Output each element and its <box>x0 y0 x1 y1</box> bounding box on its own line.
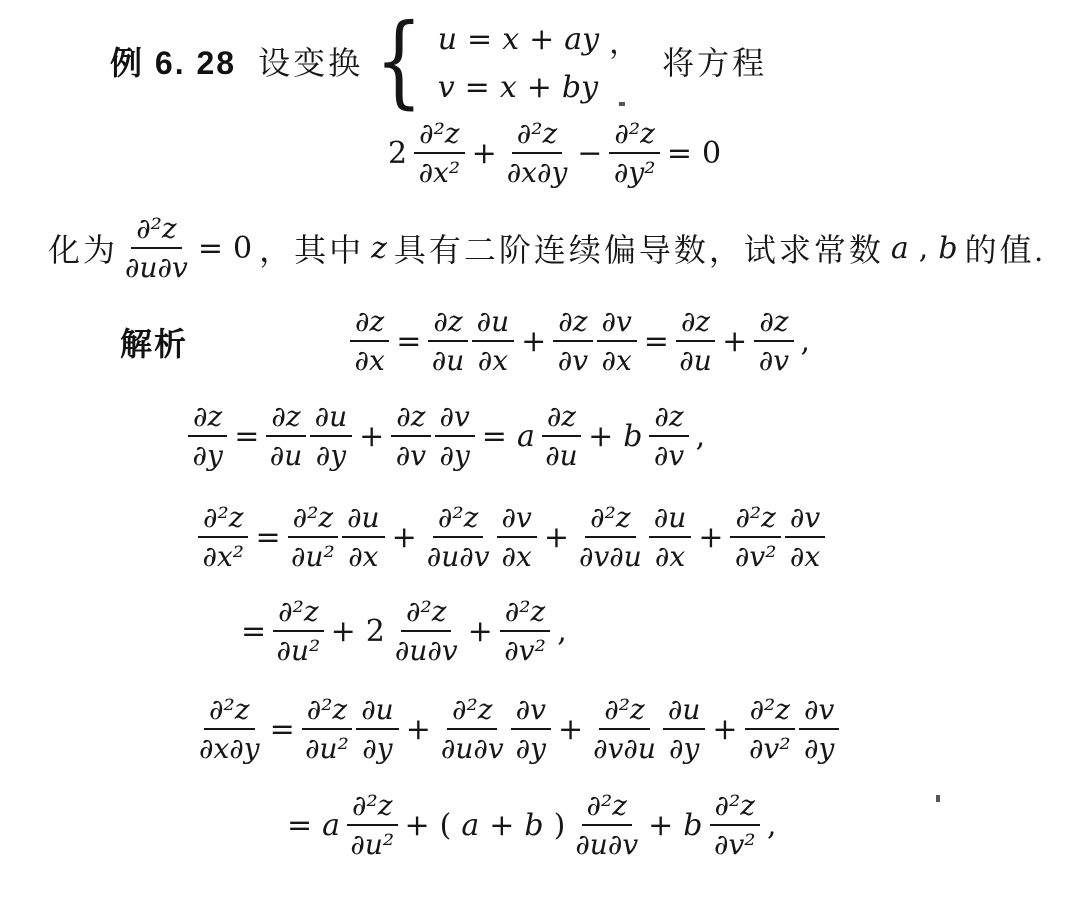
fraction-numerator: ∂u <box>649 500 692 538</box>
math-operator: = <box>255 520 280 555</box>
fraction-numerator: ∂²z <box>288 500 338 538</box>
math-fraction: ∂²z∂u² <box>347 788 397 862</box>
cjk-text: 具有二阶连续偏导数，试求常数 <box>394 225 884 271</box>
math-variable: v <box>438 70 455 105</box>
scan-artifact-dot <box>936 795 940 802</box>
math-operator: + <box>489 808 514 843</box>
math-operator: + <box>558 712 583 747</box>
fraction-denominator: ∂y <box>437 437 473 473</box>
fraction-denominator: ∂v <box>651 437 687 473</box>
math-operator: = <box>465 70 490 105</box>
solution-label: 解析 <box>120 319 188 365</box>
eq-d2z-dxdy-simplified: =a∂²z∂u²+(a+b)∂²z∂u∂v+b∂²z∂v², <box>282 780 782 870</box>
fraction-numerator: ∂u <box>663 692 706 730</box>
system-lines: u=x+ay， v=x+by <box>433 18 644 105</box>
eq-d2z-dxdy: ∂²z∂x∂y=∂²z∂u²∂u∂y+∂²z∂u∂v∂v∂y+∂²z∂v∂u∂u… <box>194 684 841 774</box>
scan-artifact-dot <box>619 102 625 106</box>
fraction-numerator: ∂z <box>542 399 581 437</box>
math-fraction: ∂²z∂x∂y <box>504 116 571 190</box>
fraction-denominator: ∂v∂u <box>576 538 645 574</box>
math-operator: + <box>529 22 554 57</box>
fraction-numerator: ∂z <box>649 399 688 437</box>
math-operator: = <box>234 419 259 454</box>
math-fraction: ∂²z∂v∂u <box>590 692 659 766</box>
math-operator: = <box>396 324 421 359</box>
fraction-denominator: ∂u <box>542 437 581 473</box>
math-operator: = <box>241 614 266 649</box>
fraction-numerator: ∂²z <box>582 788 632 826</box>
math-operator: + <box>712 712 737 747</box>
fraction-denominator: ∂v² <box>711 826 759 862</box>
fraction-numerator: ∂z <box>266 399 305 437</box>
math-fraction: ∂z∂x <box>350 304 389 378</box>
fraction-denominator: ∂u <box>267 437 306 473</box>
fraction-denominator: ∂y <box>313 437 349 473</box>
fraction-numerator: ∂²z <box>745 692 795 730</box>
math-fraction: ∂z∂u <box>676 304 715 378</box>
fraction-numerator: ∂²z <box>585 500 635 538</box>
eq-dz-dy: ∂z∂y=∂z∂u∂u∂y+∂z∂v∂v∂y=a∂z∂u+b∂z∂v, <box>186 396 710 476</box>
math-operator: + <box>406 712 431 747</box>
fraction-numerator: ∂v <box>497 500 537 538</box>
math-operator: − <box>577 136 602 171</box>
fraction-denominator: ∂y <box>666 730 702 766</box>
fraction-numerator: ∂²z <box>730 500 780 538</box>
math-operator: 2 <box>366 614 385 649</box>
math-operator: , <box>767 808 777 843</box>
fraction-numerator: ∂z <box>428 304 467 342</box>
fraction-numerator: ∂²z <box>599 692 649 730</box>
math-operator: = <box>287 808 312 843</box>
math-variable: a <box>517 419 535 454</box>
fraction-denominator: ∂x² <box>199 538 247 574</box>
math-fraction: ∂v∂y <box>511 692 551 766</box>
fraction-numerator: ∂²z <box>131 211 181 249</box>
system-line-u: u=x+ay， <box>433 18 644 62</box>
math-fraction: ∂v∂y <box>799 692 839 766</box>
fraction-denominator: ∂v <box>393 437 429 473</box>
math-operator: = <box>482 419 507 454</box>
fraction-numerator: ∂²z <box>414 116 464 154</box>
fraction-denominator: ∂v <box>756 342 792 378</box>
fraction-denominator: ∂v <box>555 342 591 378</box>
math-variable: ay <box>564 22 599 57</box>
math-operator: + <box>698 520 723 555</box>
math-operator: = <box>644 324 669 359</box>
fraction-denominator: ∂u² <box>347 826 397 862</box>
eq-dz-dx: ∂z∂x=∂z∂u∂u∂x+∂z∂v∂v∂x=∂z∂u+∂z∂v, <box>348 302 815 380</box>
math-operator: + <box>527 70 552 105</box>
math-fraction: ∂²z∂v² <box>745 692 795 766</box>
math-variable: a <box>891 231 909 266</box>
fraction-numerator: ∂u <box>472 304 515 342</box>
display-equation-pde: 2∂²z∂x²+∂²z∂x∂y−∂²z∂y²=0 <box>383 108 726 198</box>
fraction-numerator: ∂²z <box>500 594 550 632</box>
math-fraction: ∂²z∂v² <box>730 500 780 574</box>
fraction-numerator: ∂v <box>435 399 475 437</box>
example-label: 例 6. 28 <box>110 38 236 84</box>
fraction-denominator: ∂v² <box>746 730 794 766</box>
math-operator: + <box>392 520 417 555</box>
math-fraction: ∂z∂v <box>649 399 688 473</box>
fraction-denominator: ∂x <box>499 538 535 574</box>
math-operator: , <box>919 231 929 266</box>
math-fraction: ∂²z∂x∂y <box>196 692 263 766</box>
problem-intro: 设变换 <box>258 38 363 84</box>
math-fraction: ∂²z∂v² <box>500 594 550 668</box>
math-variable: b <box>938 231 957 266</box>
fraction-numerator: ∂²z <box>347 788 397 826</box>
math-operator: + <box>648 808 673 843</box>
math-variable: z <box>371 231 387 266</box>
math-fraction: ∂²z∂u∂v <box>122 211 191 285</box>
math-operator: + <box>588 419 613 454</box>
fraction-numerator: ∂u <box>310 399 353 437</box>
math-fraction: ∂²z∂u² <box>273 594 323 668</box>
math-operator: = <box>667 136 692 171</box>
math-operator: , <box>557 614 567 649</box>
eq-d2z-dx2: ∂²z∂x²=∂²z∂u²∂u∂x+∂²z∂u∂v∂v∂x+∂²z∂v∂u∂u∂… <box>196 492 827 582</box>
math-operator: + <box>468 614 493 649</box>
math-variable: x <box>502 22 519 57</box>
fraction-denominator: ∂u² <box>302 730 352 766</box>
math-fraction: ∂z∂u <box>428 304 467 378</box>
fraction-denominator: ∂x <box>345 538 381 574</box>
math-variable: a <box>322 808 340 843</box>
math-operator: , <box>801 324 811 359</box>
math-variable: b <box>683 808 702 843</box>
fraction-denominator: ∂y <box>359 730 395 766</box>
system-line-v: v=x+by <box>433 70 644 105</box>
fraction-denominator: ∂x∂y <box>504 154 571 190</box>
eq-d2z-dx2-simplified: =∂²z∂u²+2∂²z∂u∂v+∂²z∂v², <box>236 588 572 674</box>
math-fraction: ∂v∂x <box>785 500 825 574</box>
fraction-denominator: ∂y² <box>611 154 659 190</box>
fraction-numerator: ∂z <box>350 304 389 342</box>
fraction-numerator: ∂²z <box>710 788 760 826</box>
math-operator: ( <box>440 808 452 843</box>
math-variable: u <box>438 22 457 57</box>
equation-system: { u=x+ay， v=x+by <box>367 16 644 106</box>
math-fraction: ∂z∂v <box>553 304 592 378</box>
math-fraction: ∂²z∂u∂v <box>392 594 461 668</box>
math-fraction: ∂v∂x <box>497 500 537 574</box>
math-operator: = <box>198 231 223 266</box>
math-fraction: ∂u∂y <box>310 399 353 473</box>
math-operator: , <box>696 419 706 454</box>
fraction-numerator: ∂z <box>676 304 715 342</box>
fraction-denominator: ∂y <box>513 730 549 766</box>
math-fraction: ∂z∂v <box>754 304 793 378</box>
cjk-text: 化为 <box>48 225 118 271</box>
math-operator: + <box>359 419 384 454</box>
math-fraction: ∂v∂y <box>435 399 475 473</box>
math-operator: + <box>722 324 747 359</box>
fraction-numerator: ∂z <box>754 304 793 342</box>
fraction-numerator: ∂²z <box>433 500 483 538</box>
fraction-denominator: ∂x² <box>416 154 464 190</box>
math-fraction: ∂z∂u <box>266 399 305 473</box>
fraction-denominator: ∂u² <box>274 632 324 668</box>
math-variable: a <box>461 808 479 843</box>
math-fraction: ∂u∂x <box>649 500 692 574</box>
fraction-numerator: ∂v <box>799 692 839 730</box>
math-operator: + <box>521 324 546 359</box>
fraction-numerator: ∂²z <box>204 692 254 730</box>
fraction-denominator: ∂x∂y <box>196 730 263 766</box>
fraction-denominator: ∂v∂u <box>590 730 659 766</box>
problem-intro-tail: 将方程 <box>662 38 767 84</box>
fraction-numerator: ∂²z <box>198 500 248 538</box>
math-fraction: ∂²z∂u∂v <box>438 692 507 766</box>
math-operator: = <box>467 22 492 57</box>
fraction-denominator: ∂u <box>676 342 715 378</box>
math-operator: = <box>270 712 295 747</box>
math-operator: + <box>472 136 497 171</box>
fraction-denominator: ∂x <box>475 342 511 378</box>
fraction-numerator: ∂v <box>511 692 551 730</box>
problem-heading-row: 例 6. 28 设变换 { u=x+ay， v=x+by 将方程 <box>110 12 767 110</box>
problem-condition: 化为∂²z∂u∂v=0，其中 z 具有二阶连续偏导数，试求常数 a,b 的值. <box>46 204 1048 292</box>
math-fraction: ∂²z∂v∂u <box>576 500 645 574</box>
fraction-numerator: ∂²z <box>447 692 497 730</box>
fraction-numerator: ∂²z <box>401 594 451 632</box>
math-fraction: ∂²z∂u² <box>302 692 352 766</box>
math-fraction: ∂v∂x <box>597 304 637 378</box>
math-fraction: ∂²z∂u∂v <box>572 788 641 862</box>
math-fraction: ∂z∂v <box>391 399 430 473</box>
fraction-numerator: ∂²z <box>512 116 562 154</box>
math-operator: 2 <box>388 136 407 171</box>
fraction-numerator: ∂²z <box>302 692 352 730</box>
math-variable: b <box>623 419 642 454</box>
math-variable: x <box>500 70 517 105</box>
fraction-denominator: ∂x <box>351 342 387 378</box>
math-fraction: ∂z∂u <box>542 399 581 473</box>
fraction-denominator: ∂u∂v <box>572 826 641 862</box>
math-operator: + <box>544 520 569 555</box>
fraction-numerator: ∂²z <box>273 594 323 632</box>
math-operator: + <box>331 614 356 649</box>
math-fraction: ∂²z∂u² <box>288 500 338 574</box>
math-fraction: ∂u∂y <box>356 692 399 766</box>
fraction-denominator: ∂u∂v <box>424 538 493 574</box>
math-operator: 0 <box>233 231 252 266</box>
fraction-denominator: ∂u² <box>288 538 338 574</box>
fraction-denominator: ∂u∂v <box>122 249 191 285</box>
math-fraction: ∂²z∂x² <box>414 116 464 190</box>
left-brace-icon: { <box>375 16 423 106</box>
fraction-denominator: ∂u∂v <box>392 632 461 668</box>
math-operator: ， <box>609 18 639 62</box>
math-fraction: ∂u∂y <box>663 692 706 766</box>
cjk-text: ，其中 <box>259 225 364 271</box>
math-fraction: ∂²z∂v² <box>710 788 760 862</box>
fraction-numerator: ∂u <box>356 692 399 730</box>
math-operator: + <box>405 808 430 843</box>
math-variable: b <box>524 808 543 843</box>
fraction-numerator: ∂²z <box>609 116 659 154</box>
math-variable: by <box>562 70 598 105</box>
fraction-denominator: ∂y <box>801 730 837 766</box>
fraction-denominator: ∂x <box>787 538 823 574</box>
fraction-denominator: ∂x <box>652 538 688 574</box>
math-operator: ) <box>554 808 566 843</box>
fraction-numerator: ∂v <box>597 304 637 342</box>
math-operator: 0 <box>702 136 721 171</box>
math-fraction: ∂²z∂u∂v <box>424 500 493 574</box>
math-fraction: ∂u∂x <box>342 500 385 574</box>
fraction-numerator: ∂u <box>342 500 385 538</box>
math-fraction: ∂u∂x <box>472 304 515 378</box>
fraction-denominator: ∂u∂v <box>438 730 507 766</box>
math-fraction: ∂²z∂x² <box>198 500 248 574</box>
textbook-page: { "page": { "background": "#ffffff", "in… <box>0 0 1082 903</box>
solution-label-row: 解析 <box>120 322 188 362</box>
cjk-text: 的值. <box>965 225 1046 271</box>
fraction-denominator: ∂x <box>599 342 635 378</box>
fraction-numerator: ∂z <box>188 399 227 437</box>
fraction-numerator: ∂v <box>785 500 825 538</box>
math-fraction: ∂²z∂y² <box>609 116 659 190</box>
fraction-denominator: ∂u <box>429 342 468 378</box>
fraction-numerator: ∂z <box>553 304 592 342</box>
fraction-denominator: ∂v² <box>501 632 549 668</box>
math-fraction: ∂z∂y <box>188 399 227 473</box>
fraction-denominator: ∂y <box>189 437 225 473</box>
fraction-denominator: ∂v² <box>732 538 780 574</box>
fraction-numerator: ∂z <box>391 399 430 437</box>
